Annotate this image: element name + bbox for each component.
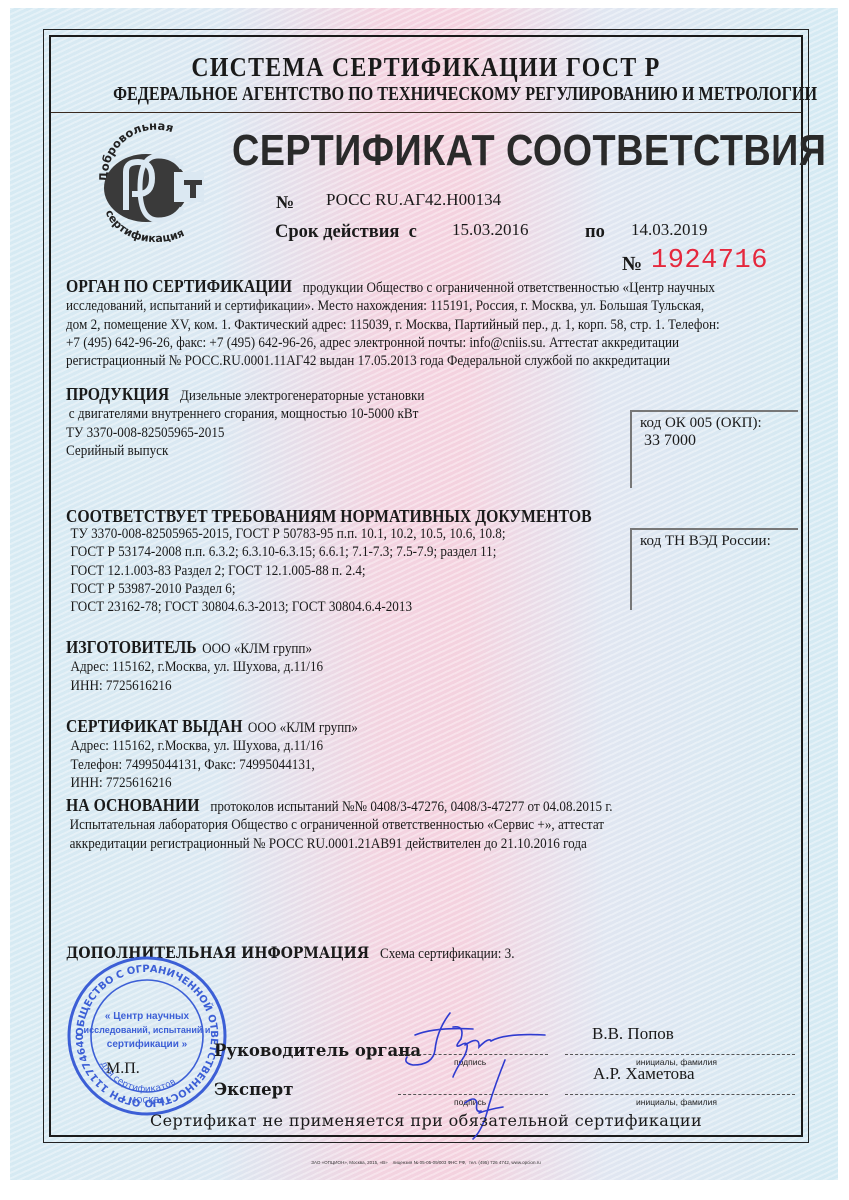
stamp-center-line: сертификации » bbox=[107, 1038, 188, 1050]
valid-to: 14.03.2019 bbox=[631, 220, 708, 240]
text-line: исследований, испытаний и сертификации».… bbox=[66, 297, 728, 315]
head-label: Руководитель органа bbox=[214, 1041, 421, 1060]
rst-logo-icon: Добровольная сертификация bbox=[86, 122, 226, 242]
text-line: ИНН: 7725616216 bbox=[66, 677, 728, 695]
printer-imprint: ЗАО «ОПЦИОН», Москва, 2015, «В» лицензия… bbox=[49, 1160, 803, 1165]
system-title: СИСТЕМА СЕРТИФИКАЦИИ ГОСТ Р bbox=[94, 52, 758, 83]
footer-note: Сертификат не применяется при обязательн… bbox=[49, 1111, 803, 1130]
okp-code-box: код ОК 005 (ОКП): 33 7000 bbox=[630, 410, 798, 488]
cert-number: РОСС RU.АГ42.Н00134 bbox=[326, 190, 501, 210]
seal-place-label: М.П. bbox=[106, 1060, 140, 1078]
okp-label: код ОК 005 (ОКП): bbox=[640, 415, 762, 432]
manufacturer-heading: ИЗГОТОВИТЕЛЬ bbox=[66, 637, 197, 657]
scheme-text: Схема сертификации: 3. bbox=[380, 946, 515, 962]
valid-from: 15.03.2016 bbox=[452, 220, 529, 240]
text-line: ГОСТ 23162-78; ГОСТ 30804.6.3-2013; ГОСТ… bbox=[66, 598, 728, 616]
text-line: регистрационный № РОСС.RU.0001.11АГ42 вы… bbox=[66, 352, 728, 370]
name-caption: инициалы, фамилия bbox=[636, 1097, 717, 1107]
certification-body-section: ОРГАН ПО СЕРТИФИКАЦИИпродукции Общество … bbox=[66, 277, 801, 370]
text-line: продукции Общество с ограниченной ответс… bbox=[303, 280, 715, 296]
agency-name: ФЕДЕРАЛЬНОЕ АГЕНТСТВО ПО ТЕХНИЧЕСКОМУ РЕ… bbox=[113, 84, 739, 106]
text-line: протоколов испытаний №№ 0408/3-47276, 04… bbox=[210, 799, 612, 815]
text-line: ГОСТ 12.1.003-83 Раздел 2; ГОСТ 12.1.005… bbox=[66, 562, 728, 580]
serial-number: 1924716 bbox=[651, 246, 768, 276]
expert-name: А.Р. Хаметова bbox=[593, 1064, 695, 1084]
text-line: Испытательная лаборатория Общество с огр… bbox=[66, 816, 728, 834]
text-line: ИНН: 7725616216 bbox=[66, 774, 728, 792]
certification-body-heading: ОРГАН ПО СЕРТИФИКАЦИИ bbox=[66, 276, 292, 296]
tnved-label: код ТН ВЭД России: bbox=[640, 533, 771, 550]
text-line: ГОСТ Р 53174-2008 п.п. 6.3.2; 6.3.10-6.3… bbox=[66, 543, 728, 561]
text-line: с двигателями внутреннего сгорания, мощн… bbox=[66, 405, 728, 423]
text-line: аккредитации регистрационный № РОСС RU.0… bbox=[66, 835, 728, 853]
text-line: Адрес: 115162, г.Москва, ул. Шухова, д.1… bbox=[66, 737, 728, 755]
text-line: Адрес: 115162, г.Москва, ул. Шухова, д.1… bbox=[66, 658, 728, 676]
stamp-city: • МОСКВА • bbox=[122, 1096, 172, 1105]
text-line: +7 (495) 642-96-26, факс: +7 (495) 642-9… bbox=[66, 334, 728, 352]
tnved-code-box: код ТН ВЭД России: bbox=[630, 528, 798, 610]
certificate-title: СЕРТИФИКАТ СООТВЕТСТВИЯ bbox=[232, 126, 826, 176]
issued-to-section: СЕРТИФИКАТ ВЫДАНООО «КЛМ групп» Адрес: 1… bbox=[66, 717, 801, 792]
product-heading: ПРОДУКЦИЯ bbox=[66, 384, 169, 404]
issued-to-heading: СЕРТИФИКАТ ВЫДАН bbox=[66, 716, 243, 736]
text-line: дом 2, помещение XV, ком. 1. Фактический… bbox=[66, 316, 728, 334]
okp-value: 33 7000 bbox=[644, 432, 696, 450]
manufacturer-name: ООО «КЛМ групп» bbox=[202, 641, 312, 657]
compliance-heading: СООТВЕТСТВУЕТ ТРЕБОВАНИЯМ НОРМАТИВНЫХ ДО… bbox=[66, 508, 728, 525]
valid-to-label: по bbox=[585, 222, 605, 243]
stamp-center-line: исследований, испытаний и bbox=[84, 1025, 211, 1035]
issued-to-name: ООО «КЛМ групп» bbox=[248, 720, 358, 736]
serial-label: № bbox=[622, 253, 642, 276]
head-name-line bbox=[565, 1054, 795, 1055]
basis-section: НА ОСНОВАНИИпротоколов испытаний №№ 0408… bbox=[66, 796, 801, 853]
text-line: Телефон: 74995044131, Факс: 74995044131, bbox=[66, 756, 728, 774]
organization-stamp-icon: ОБЩЕСТВО С ОГРАНИЧЕННОЙ ОТВЕТСТВЕННОСТЬЮ… bbox=[66, 955, 228, 1117]
expert-label: Эксперт bbox=[214, 1080, 293, 1099]
text-line: Дизельные электрогенераторные установки bbox=[180, 388, 425, 404]
cert-number-label: № bbox=[276, 192, 294, 213]
stamp-center-line: « Центр научных bbox=[105, 1011, 190, 1022]
head-name: В.В. Попов bbox=[592, 1024, 674, 1044]
basis-heading: НА ОСНОВАНИИ bbox=[66, 795, 200, 815]
manufacturer-section: ИЗГОТОВИТЕЛЬООО «КЛМ групп» Адрес: 11516… bbox=[66, 638, 801, 695]
text-line: ТУ 3370-008-82505965-2015, ГОСТ Р 50783-… bbox=[66, 525, 728, 543]
text-line: ТУ 3370-008-82505965-2015 bbox=[66, 424, 728, 442]
text-line: Серийный выпуск bbox=[66, 442, 728, 460]
validity-label: Срок действия с bbox=[275, 222, 417, 243]
text-line: ГОСТ Р 53987-2010 Раздел 6; bbox=[66, 580, 728, 598]
header-divider bbox=[51, 112, 801, 113]
expert-name-line bbox=[565, 1094, 795, 1095]
